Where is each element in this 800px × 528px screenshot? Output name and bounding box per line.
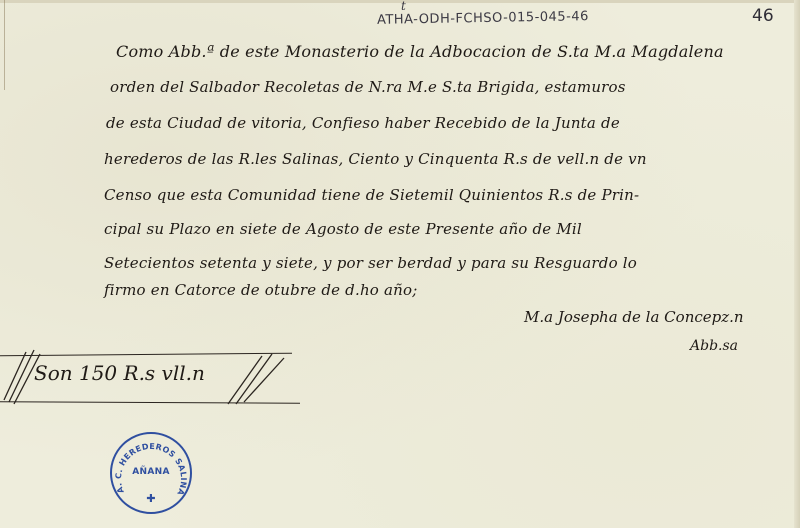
body-line: cipal su Plazo en siete de Agosto de est… xyxy=(104,220,582,238)
body-line: Censo que esta Comunidad tiene de Sietem… xyxy=(104,186,639,204)
archive-stamp: A. C. HEREDEROS SALINAS AÑANA ✚ xyxy=(110,432,192,514)
body-line: Como Abb.ª de este Monasterio de la Adbo… xyxy=(116,42,724,61)
body-line: orden del Salbador Recoletas de N.ra M.e… xyxy=(110,78,626,96)
svg-text:A. C. HEREDEROS SALINAS: A. C. HEREDEROS SALINAS xyxy=(112,434,188,497)
body-line: Setecientos setenta y siete, y por ser b… xyxy=(104,254,637,272)
stamp-center-text: AÑANA xyxy=(112,467,190,477)
archive-mark: t xyxy=(401,0,406,13)
page-edge-right xyxy=(794,0,800,528)
page-edge-top xyxy=(0,0,800,3)
folio-number: 46 xyxy=(752,6,774,26)
page-edge-left xyxy=(0,0,5,90)
body-line: firmo en Catorce de otubre de d.ho año; xyxy=(104,281,418,299)
signature-name: M.a Josepha de la Concepz.n xyxy=(524,308,744,326)
signature-title: Abb.sa xyxy=(690,338,738,354)
cross-icon: ✚ xyxy=(112,492,190,505)
amount-note: Son 150 R.s vll.n xyxy=(34,361,205,385)
body-line: herederos de las R.les Salinas, Ciento y… xyxy=(104,150,647,168)
body-line: de esta Ciudad de vitoria, Confieso habe… xyxy=(106,114,620,132)
